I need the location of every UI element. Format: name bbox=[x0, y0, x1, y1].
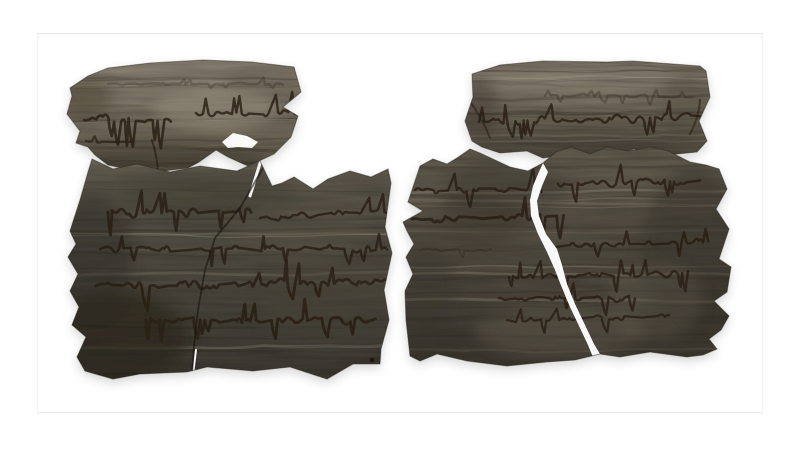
fragment-right-lower bbox=[397, 141, 750, 372]
wood-shading bbox=[258, 250, 402, 360]
tablet-photo bbox=[0, 0, 800, 450]
wood-shading bbox=[43, 292, 187, 384]
photo-canvas bbox=[0, 0, 800, 450]
knot-mark bbox=[370, 358, 375, 363]
fragment-left-lower bbox=[43, 153, 402, 385]
tablet-fragments-group bbox=[43, 54, 750, 385]
wood-shading bbox=[438, 194, 518, 250]
fragment-right-upper bbox=[459, 55, 716, 164]
wood-shading bbox=[475, 69, 665, 99]
